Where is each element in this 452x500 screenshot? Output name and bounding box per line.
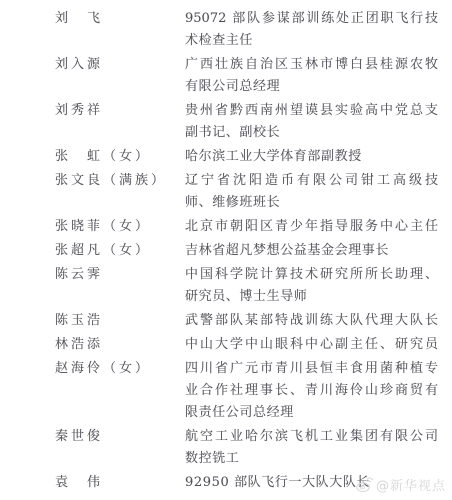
entry-row: 张文良（满族） 辽宁省沈阳造币有限公司钳工高级技 师、维修班班长 xyxy=(55,170,452,214)
entry-name: 刘秀祥 xyxy=(55,100,185,122)
entry-row: 陈云霁 中国科学院计算技术研究所所长助理、 研究员、博士生导师 xyxy=(55,264,452,308)
entry-desc-line: 辽宁省沈阳造币有限公司钳工高级技 xyxy=(185,170,438,192)
entry-desc-line: 有限公司总经理 xyxy=(185,76,438,98)
entry-desc: 吉林省超凡梦想公益基金会理事长 xyxy=(185,240,438,262)
entry-row: 林浩添 中山大学中山眼科中心副主任、研究员 xyxy=(55,334,452,356)
entry-desc-line: 北京市朝阳区青少年指导服务中心主任 xyxy=(185,216,438,238)
entry-desc-line: 业合作社理事长、青川海伶山珍商贸有 xyxy=(185,380,438,402)
entry-desc-line: 哈尔滨工业大学体育部副教授 xyxy=(185,146,438,168)
entry-desc: 贵州省黔西南州望谟县实验高中党总支 副书记、副校长 xyxy=(185,100,438,144)
entry-desc: 中国科学院计算技术研究所所长助理、 研究员、博士生导师 xyxy=(185,264,438,308)
entry-desc: 武警部队某部特战训练大队代理大队长 xyxy=(185,310,438,332)
entry-name: 陈玉浩 xyxy=(55,310,185,332)
entry-desc-line: 吉林省超凡梦想公益基金会理事长 xyxy=(185,240,438,262)
entry-row: 张超凡（女） 吉林省超凡梦想公益基金会理事长 xyxy=(55,240,452,262)
entry-desc-line: 研究员、博士生导师 xyxy=(185,286,438,308)
entry-name: 张文良（满族） xyxy=(55,170,185,192)
entry-name: 刘入源 xyxy=(55,54,185,76)
entry-name: 袁 伟 xyxy=(55,472,185,494)
entry-desc-line: 师、维修班班长 xyxy=(185,192,438,214)
entry-desc-line: 武警部队某部特战训练大队代理大队长 xyxy=(185,310,438,332)
entry-desc-line: 四川省广元市青川县恒丰食用菌种植专 xyxy=(185,358,438,380)
entry-desc-line: 中山大学中山眼科中心副主任、研究员 xyxy=(185,334,438,356)
watermark-handle: @新华视点 xyxy=(376,475,446,494)
entry-desc: 航空工业哈尔滨飞机工业集团有限公司 数控铣工 xyxy=(185,426,438,470)
entry-name: 陈云霁 xyxy=(55,264,185,286)
entry-desc-line: 广西壮族自治区玉林市博白县桂源农牧 xyxy=(185,54,438,76)
entry-desc: 四川省广元市青川县恒丰食用菌种植专 业合作社理事长、青川海伶山珍商贸有 限责任公… xyxy=(185,358,438,424)
name-list: 刘 飞 95072 部队参谋部训练处正团职飞行技 术检查主任 刘入源 广西壮族自… xyxy=(0,0,452,494)
entry-desc-line: 航空工业哈尔滨飞机工业集团有限公司 xyxy=(185,426,438,448)
entry-name: 秦世俊 xyxy=(55,426,185,448)
entry-desc: 中山大学中山眼科中心副主任、研究员 xyxy=(185,334,438,356)
entry-row: 赵海伶（女） 四川省广元市青川县恒丰食用菌种植专 业合作社理事长、青川海伶山珍商… xyxy=(55,358,452,424)
entry-row: 刘秀祥 贵州省黔西南州望谟县实验高中党总支 副书记、副校长 xyxy=(55,100,452,144)
entry-desc: 95072 部队参谋部训练处正团职飞行技 术检查主任 xyxy=(185,8,438,52)
entry-desc-line: 术检查主任 xyxy=(185,30,438,52)
entry-row: 张 虹（女） 哈尔滨工业大学体育部副教授 xyxy=(55,146,452,168)
entry-name: 林浩添 xyxy=(55,334,185,356)
entry-desc: 哈尔滨工业大学体育部副教授 xyxy=(185,146,438,168)
entry-row: 刘入源 广西壮族自治区玉林市博白县桂源农牧 有限公司总经理 xyxy=(55,54,452,98)
entry-row: 刘 飞 95072 部队参谋部训练处正团职飞行技 术检查主任 xyxy=(55,8,452,52)
entry-desc-line: 95072 部队参谋部训练处正团职飞行技 xyxy=(185,8,438,30)
weibo-icon xyxy=(355,477,373,493)
entry-desc-line: 副书记、副校长 xyxy=(185,122,438,144)
entry-desc: 北京市朝阳区青少年指导服务中心主任 xyxy=(185,216,438,238)
entry-name: 刘 飞 xyxy=(55,8,185,30)
entry-desc: 广西壮族自治区玉林市博白县桂源农牧 有限公司总经理 xyxy=(185,54,438,98)
entry-desc-line: 限责任公司总经理 xyxy=(185,402,438,424)
watermark: @新华视点 xyxy=(355,475,446,494)
entry-name: 张 虹（女） xyxy=(55,146,185,168)
entry-name: 张超凡（女） xyxy=(55,240,185,262)
entry-desc: 辽宁省沈阳造币有限公司钳工高级技 师、维修班班长 xyxy=(185,170,438,214)
entry-name: 张晓菲（女） xyxy=(55,216,185,238)
entry-row: 陈玉浩 武警部队某部特战训练大队代理大队长 xyxy=(55,310,452,332)
entry-desc-line: 数控铣工 xyxy=(185,448,438,470)
entry-name: 赵海伶（女） xyxy=(55,358,185,380)
entry-desc-line: 贵州省黔西南州望谟县实验高中党总支 xyxy=(185,100,438,122)
entry-row: 张晓菲（女） 北京市朝阳区青少年指导服务中心主任 xyxy=(55,216,452,238)
document-page: 刘 飞 95072 部队参谋部训练处正团职飞行技 术检查主任 刘入源 广西壮族自… xyxy=(0,0,452,500)
entry-desc-line: 中国科学院计算技术研究所所长助理、 xyxy=(185,264,438,286)
entry-row: 秦世俊 航空工业哈尔滨飞机工业集团有限公司 数控铣工 xyxy=(55,426,452,470)
